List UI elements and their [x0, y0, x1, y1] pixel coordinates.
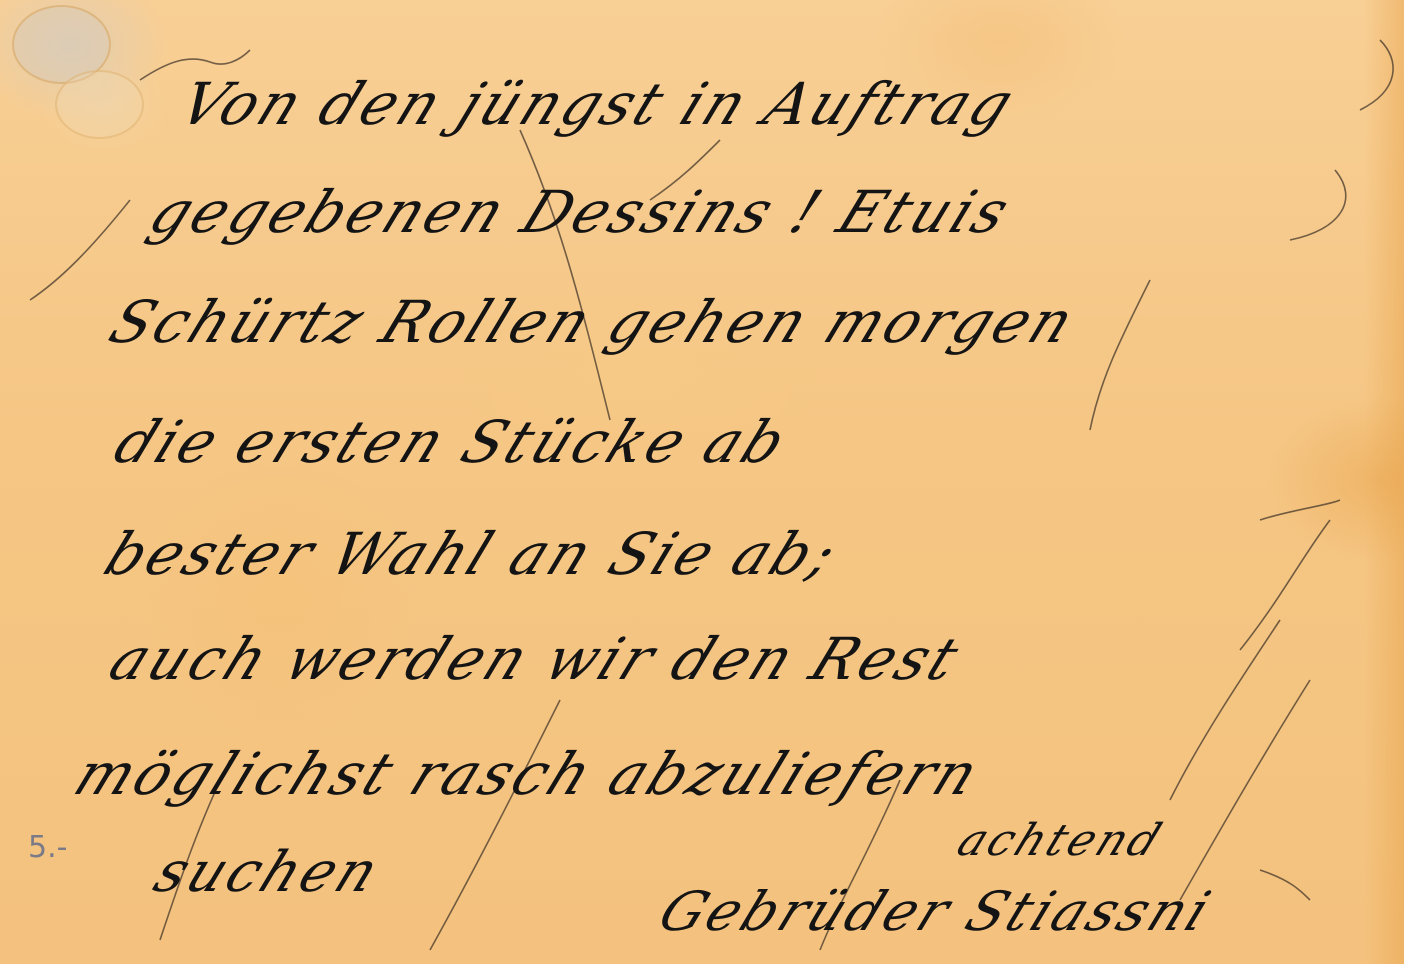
postcard-paper — [0, 0, 1404, 964]
paper-edge-discoloration — [1364, 0, 1404, 964]
letter-line: Schürtz Rollen gehen morgen — [100, 288, 1087, 356]
letter-line: bester Wahl an Sie ab; — [95, 520, 850, 588]
letter-line: die ersten Stücke ab — [105, 408, 799, 476]
signature: Gebrüder Stiassni — [650, 880, 1222, 943]
letter-line: möglichst rasch abzuliefern — [65, 740, 991, 808]
water-stain — [55, 70, 144, 139]
closing-salutation: achtend — [950, 815, 1171, 866]
pencil-price-mark: 5.- — [28, 830, 67, 865]
letter-line: gegebenen Dessins ! Etuis — [140, 178, 1022, 246]
letter-line: auch werden wir den Rest — [100, 625, 971, 693]
letter-line: suchen — [145, 840, 391, 905]
letter-line: Von den jüngst in Auftrag — [170, 70, 1026, 138]
